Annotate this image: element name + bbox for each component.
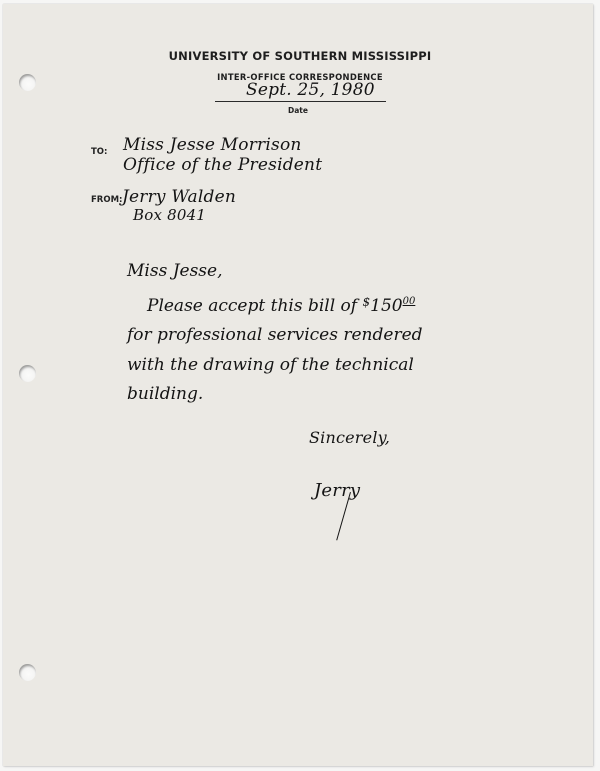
date-label: Date <box>288 106 308 115</box>
amount-cents: 00 <box>403 296 416 307</box>
valediction: Sincerely, <box>309 428 390 447</box>
body-line-2: for professional services rendered <box>127 321 423 351</box>
dollar-sign: $ <box>363 295 371 309</box>
recipient-name: Miss Jesse Morrison <box>123 135 302 155</box>
from-label: FROM: <box>91 195 122 205</box>
punch-hole-bottom <box>19 664 36 681</box>
institution-title: UNIVERSITY OF SOUTHERN MISSISSIPPI <box>0 49 600 63</box>
sender-name: Jerry Walden <box>122 187 236 207</box>
signature: Jerry <box>314 480 360 501</box>
sender-address: Box 8041 <box>133 206 206 224</box>
body-line-1-text: Please accept this bill of <box>147 296 363 316</box>
punch-hole-middle <box>19 365 36 382</box>
salutation: Miss Jesse, <box>127 257 423 287</box>
recipient-office: Office of the President <box>123 155 322 175</box>
body-line-4: building. <box>127 380 423 410</box>
body-line-1: Please accept this bill of $15000 <box>127 287 423 322</box>
date-underline <box>215 101 386 102</box>
memo-body: Miss Jesse, Please accept this bill of $… <box>127 257 423 410</box>
to-label: TO: <box>91 147 107 157</box>
body-line-3: with the drawing of the technical <box>127 351 423 381</box>
amount-dollars: 150 <box>370 296 402 316</box>
date-value: Sept. 25, 1980 <box>246 80 375 100</box>
